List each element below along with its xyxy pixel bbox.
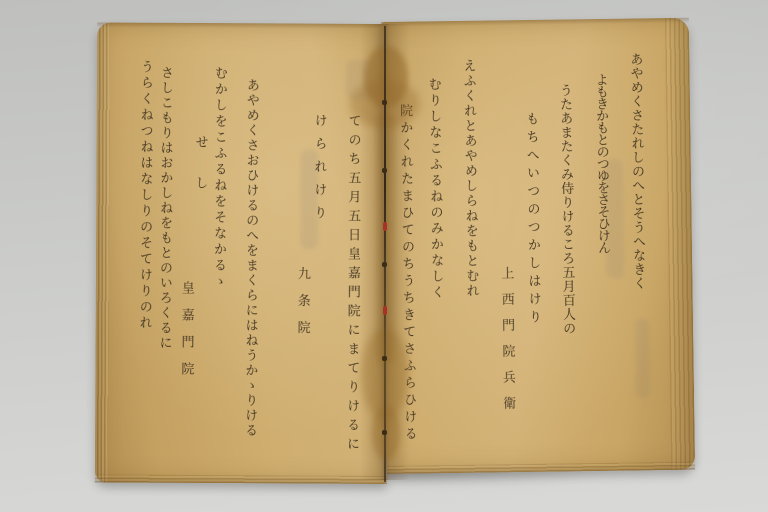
left-headnote-column-3: さしこもりはおかしねをもとのいろくるに — [154, 66, 175, 366]
attribution-kujoin: 九条院 — [292, 267, 311, 351]
left-poem-column-3: うらくねつねはなしりのそてけりのれ — [134, 60, 155, 350]
left-fragment-column: せし — [190, 135, 210, 231]
right-page: あやめくさたれしのへとそうへなきく よもきかもとのつゆをさそひけん うたあまたく… — [381, 18, 695, 474]
right-poem-column-4: むりしなこふるねのみかなしく — [424, 77, 446, 305]
page-edge-stack-left — [95, 22, 110, 482]
page-edge-stack-top-right — [381, 18, 689, 27]
left-poem-column-2: むかしをこふるねをそなかるゝ — [209, 66, 229, 304]
ink-showthrough — [635, 318, 650, 398]
right-poem-column-2: よもきかもとのつゆをさそひけん — [591, 73, 613, 255]
left-poem-column-1: あやめくさおひけるのへをまくらにはねうかゝりける — [240, 78, 261, 456]
page-edge-stack-top-left — [97, 22, 389, 29]
right-poem-column-3: えふくれとあやめしらねをもとむれ — [458, 59, 480, 301]
left-page: てのち五月五日皇嘉門院にまてりけるに けられけり 九条院 あやめくさおひけるのへ… — [95, 22, 389, 484]
right-headnote-column-3: 院かくれたまひてのちうちきてさふらひける — [395, 104, 419, 449]
attribution-josaimonin-hyoe: 上西門院兵衛 — [496, 266, 517, 422]
page-edge-stack-right — [665, 18, 695, 470]
right-poem-column-1: あやめくさたれしのへとそうへなきく — [625, 52, 647, 300]
photo-background: てのち五月五日皇嘉門院にまてりけるに けられけり 九条院 あやめくさおひけるのへ… — [0, 0, 768, 512]
right-headnote-column-1: うたあまたくみ侍りけるころ五月百人の — [555, 83, 578, 335]
attribution-kokamonin: 皇嘉門院 — [176, 281, 196, 395]
right-headnote-column-2: もちへいつのつかしはけり — [521, 112, 543, 330]
page-edge-stack-bottom-left — [95, 474, 387, 484]
left-headnote-column-1: てのち五月五日皇嘉門院にまてりけるに — [342, 114, 363, 472]
ink-showthrough — [346, 60, 376, 100]
left-headnote-column-2: けられけり — [309, 114, 329, 232]
